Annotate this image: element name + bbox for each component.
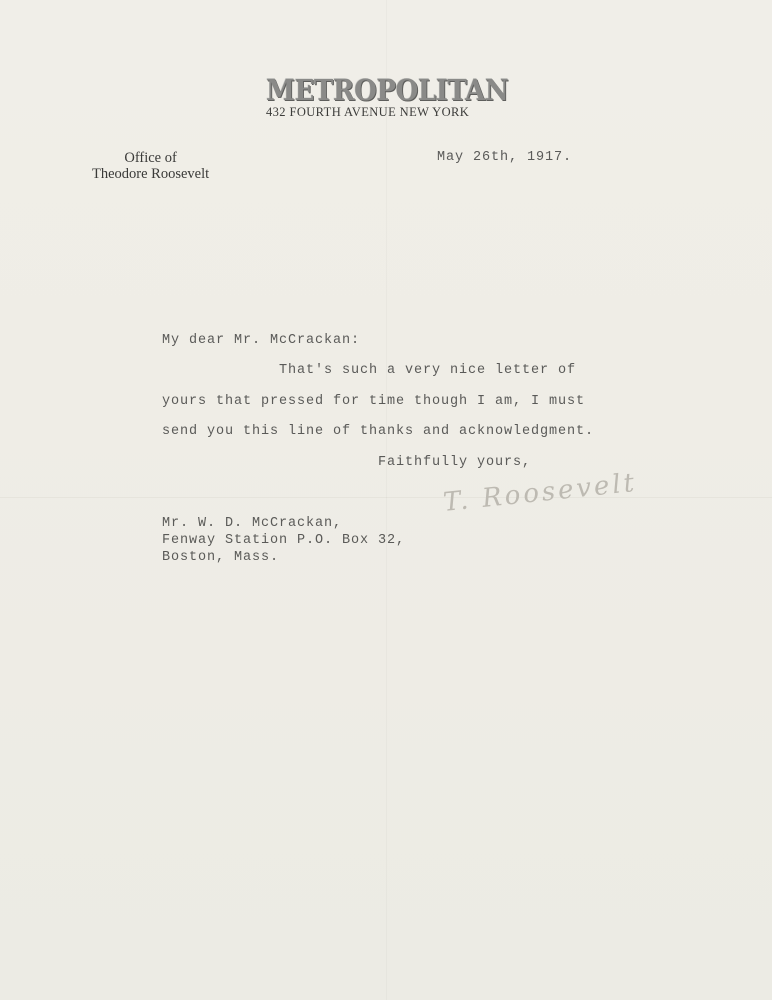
body-line: send you this line of thanks and acknowl… bbox=[162, 424, 594, 439]
recipient-line: Fenway Station P.O. Box 32, bbox=[162, 533, 405, 549]
signature: T. Roosevelt bbox=[442, 468, 639, 518]
office-line-1: Office of bbox=[92, 150, 209, 166]
closing: Faithfully yours, bbox=[378, 455, 531, 470]
letter-date: May 26th, 1917. bbox=[437, 150, 572, 165]
letterhead: METROPOLITAN 432 FOURTH AVENUE NEW YORK bbox=[266, 75, 506, 120]
body-line: yours that pressed for time though I am,… bbox=[162, 394, 585, 409]
body-line: That's such a very nice letter of bbox=[162, 363, 576, 378]
salutation: My dear Mr. McCrackan: bbox=[162, 333, 360, 348]
office-line-2: Theodore Roosevelt bbox=[92, 166, 209, 182]
fold-line-vertical bbox=[386, 0, 387, 1000]
letterhead-address: 432 FOURTH AVENUE NEW YORK bbox=[266, 105, 506, 120]
recipient-line: Mr. W. D. McCrackan, bbox=[162, 516, 342, 532]
letter-page: METROPOLITAN 432 FOURTH AVENUE NEW YORK … bbox=[0, 0, 772, 1000]
letterhead-title: METROPOLITAN bbox=[266, 75, 482, 105]
office-label: Office of Theodore Roosevelt bbox=[92, 150, 209, 182]
recipient-line: Boston, Mass. bbox=[162, 550, 279, 566]
